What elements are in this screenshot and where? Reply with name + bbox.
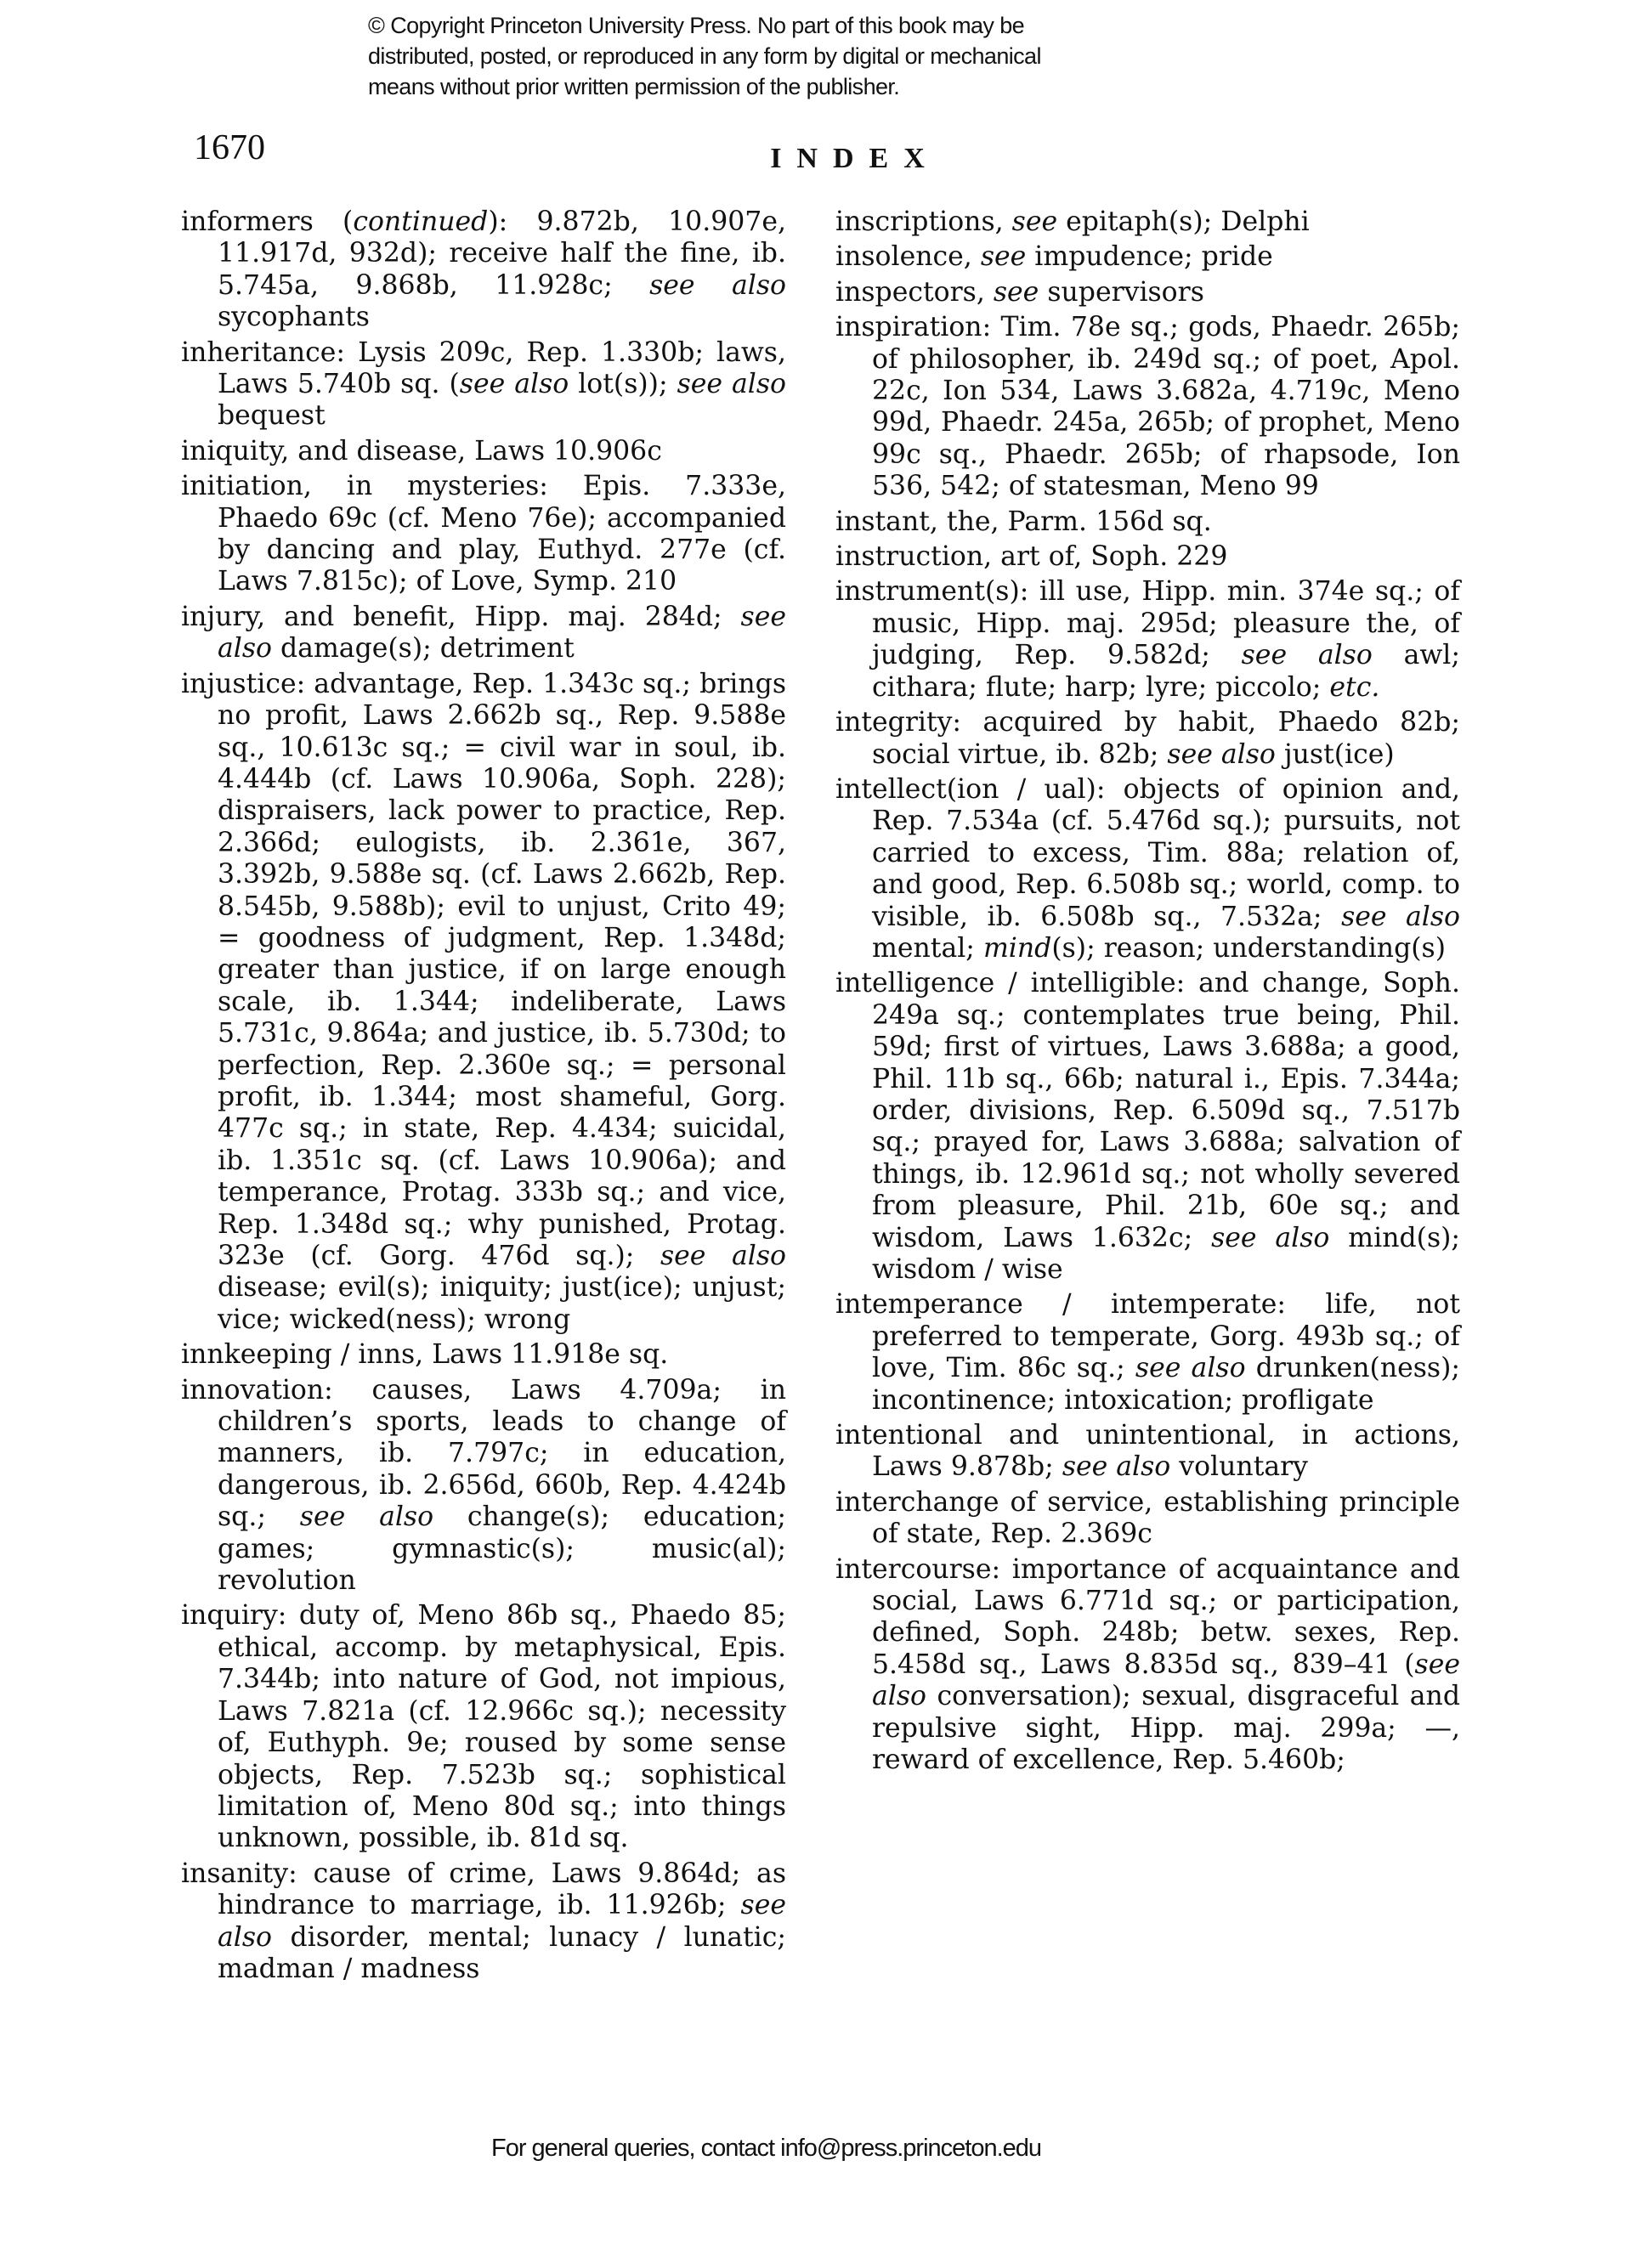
index-column-right: inscriptions, see epitaph(s); Delphiinso…	[835, 206, 1460, 1777]
index-entry: iniquity, and disease, Laws 10.906c	[181, 436, 786, 467]
index-entry: insolence, see impudence; pride	[835, 241, 1460, 273]
index-entry: initiation, in mysteries: Epis. 7.333e, …	[181, 471, 786, 598]
index-entry: instant, the, Parm. 156d sq.	[835, 506, 1460, 538]
index-entry: intentional and unintentional, in action…	[835, 1420, 1460, 1484]
index-entry: inspectors, see supervisors	[835, 277, 1460, 308]
index-entry: inspiration: Tim. 78e sq.; gods, Phaedr.…	[835, 312, 1460, 502]
index-entry: interchange of service, establishing pri…	[835, 1487, 1460, 1551]
index-entry: inheritance: Lysis 209c, Rep. 1.330b; la…	[181, 337, 786, 433]
index-entry: integrity: acquired by habit, Phaedo 82b…	[835, 707, 1460, 771]
copyright-line: © Copyright Princeton University Press. …	[368, 10, 1218, 41]
index-entry: innkeeping / inns, Laws 11.918e sq.	[181, 1339, 786, 1371]
index-entry: intercourse: importance of acquaintance …	[835, 1554, 1460, 1777]
copyright-notice: © Copyright Princeton University Press. …	[368, 10, 1218, 102]
running-head: INDEX	[0, 143, 1625, 175]
index-entry: inquiry: duty of, Meno 86b sq., Phaedo 8…	[181, 1600, 786, 1854]
index-entry: instrument(s): ill use, Hipp. min. 374e …	[835, 576, 1460, 704]
index-entry: intelligence / intelligible: and change,…	[835, 968, 1460, 1286]
index-entry: intellect(ion / ual): objects of opinion…	[835, 774, 1460, 964]
index-entry: instruction, art of, Soph. 229	[835, 541, 1460, 573]
index-entry: intemperance / intemperate: life, not pr…	[835, 1289, 1460, 1417]
index-column-left: informers (continued): 9.872b, 10.907e, …	[181, 206, 786, 1985]
index-entry: informers (continued): 9.872b, 10.907e, …	[181, 206, 786, 334]
footer-contact: For general queries, contact info@press.…	[491, 2135, 1041, 2163]
index-entry: injury, and benefit, Hipp. maj. 284d; se…	[181, 602, 786, 665]
copyright-line: distributed, posted, or reproduced in an…	[368, 41, 1218, 71]
index-entry: innovation: causes, Laws 4.709a; in chil…	[181, 1375, 786, 1598]
index-entry: inscriptions, see epitaph(s); Delphi	[835, 206, 1460, 238]
copyright-line: means without prior written permission o…	[368, 71, 1218, 102]
index-entry: injustice: advantage, Rep. 1.343c sq.; b…	[181, 669, 786, 1337]
index-entry: insanity: cause of crime, Laws 9.864d; a…	[181, 1858, 786, 1986]
